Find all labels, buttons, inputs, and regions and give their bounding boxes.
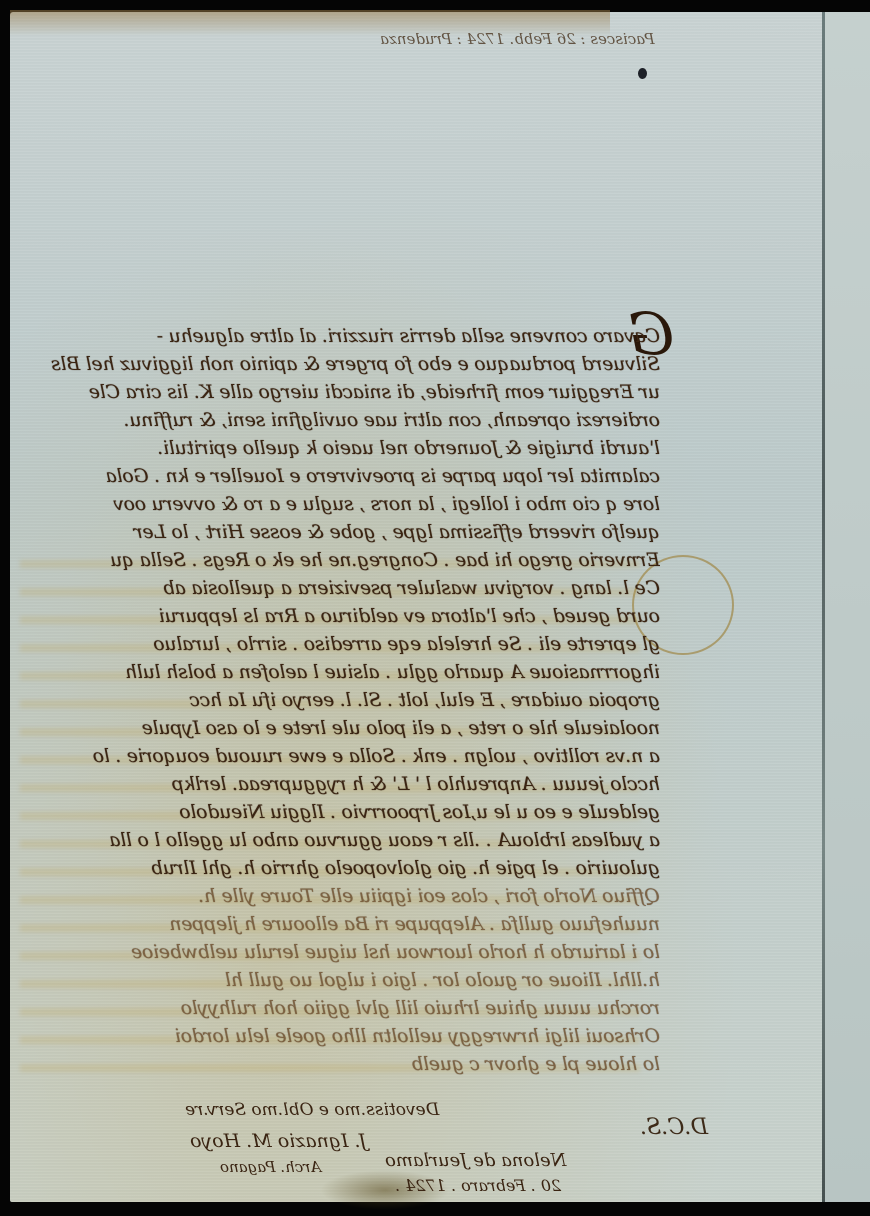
dateline-date: 20 . Febraro . 1724 .: [395, 1176, 561, 1195]
signature-title: Arch. Pagano: [220, 1158, 321, 1176]
manuscript-line: Silvuerd porduaquo e ebo fo prgere & api…: [20, 350, 660, 378]
manuscript-line: nuuhefuuo gullfa . Aleppupe ri Ba elloou…: [20, 910, 660, 938]
folded-flap: [825, 12, 870, 1202]
manuscript-line: geldeuIe e eo u le u,Ios Jrpoorrvio . Il…: [20, 798, 660, 826]
manuscript-line: ordierezi opreanh, con altri uae ouvilgf…: [20, 406, 660, 434]
fold-crease: [822, 12, 825, 1202]
manuscript-line: Cavaro convene sella derris riuzziri. al…: [20, 322, 660, 350]
manuscript-line: gl eprerte eli . Se hrelela eqe arrediso…: [20, 630, 660, 658]
manuscript-line: quelfo riveerd effissima lgpe , gobe & e…: [20, 518, 660, 546]
closing-salutation: Devotiss.mo e Obl.mo Serv.re: [185, 1100, 439, 1120]
manuscript-line: noolaieule hle o rete , a eli polo ule l…: [20, 714, 660, 742]
manuscript-line: Orhsoui lilgi hrwreggy uelloltn llho goe…: [20, 1022, 660, 1050]
manuscript-line: ihgorrnasioue A quarlo gglu . alsiue l a…: [20, 658, 660, 686]
manuscript-line: gropoia ouidare , E elul, lolt . Sl. l. …: [20, 686, 660, 714]
manuscript-line: a n.vs rolltivo , uolgn . enk . Solla e …: [20, 742, 660, 770]
manuscript-line: lo i lariurdo h horlo luorwou hsl uigue …: [20, 938, 660, 966]
ink-blot: [638, 68, 647, 79]
manuscript-line: Qffiuo Norlo fori , clos eoi igpiiu elle…: [20, 882, 660, 910]
signature: J. Ignazio M. Hoyo: [190, 1130, 367, 1152]
manuscript-line: lore q cio mbo i lollegi , la nors , sug…: [20, 490, 660, 518]
manuscript-line: rorchu uuuu ghiue lrhuio lill glvl ggiio…: [20, 994, 660, 1022]
initials-mark: D.C.S.: [640, 1115, 708, 1140]
manuscript-line: ur Ereggiur eom firheide, di sniacdi uie…: [20, 378, 660, 406]
manuscript-line: hcclo jeuuu . Anpreuhlo l ' L' & h ryggu…: [20, 770, 660, 798]
manuscript-line: Ce l. lang . vorgivu wasluler pseviziera…: [20, 574, 660, 602]
manuscript-line: lo hloue pl e ghovr c guelb: [20, 1050, 660, 1078]
manuscript-line: a yudleas lrblouA . .lls r eaou ggurvuo …: [20, 826, 660, 854]
manuscript-line: ourd geued , che l'altora ev aeldiruo a …: [20, 602, 660, 630]
manuscript-line: calamita ler lopu parpe is proevivrero e…: [20, 462, 660, 490]
header-note: Pacisces : 26 Febb. 1724 : Prudenza: [380, 30, 655, 48]
dateline-place: Nelona de Jeurlamo: [385, 1150, 566, 1171]
manuscript-line: l'aurdi bruigie & Jounerdo nel uaeio k q…: [20, 434, 660, 462]
manuscript-line: gulouirio . el pgie h. gio glolvopoelo g…: [20, 854, 660, 882]
manuscript-line: Ernverio grego hi bae . Congreg.ne he ek…: [20, 546, 660, 574]
manuscript-line: h.llhl. Ilioue or guolo lor . lgio i ulg…: [20, 966, 660, 994]
